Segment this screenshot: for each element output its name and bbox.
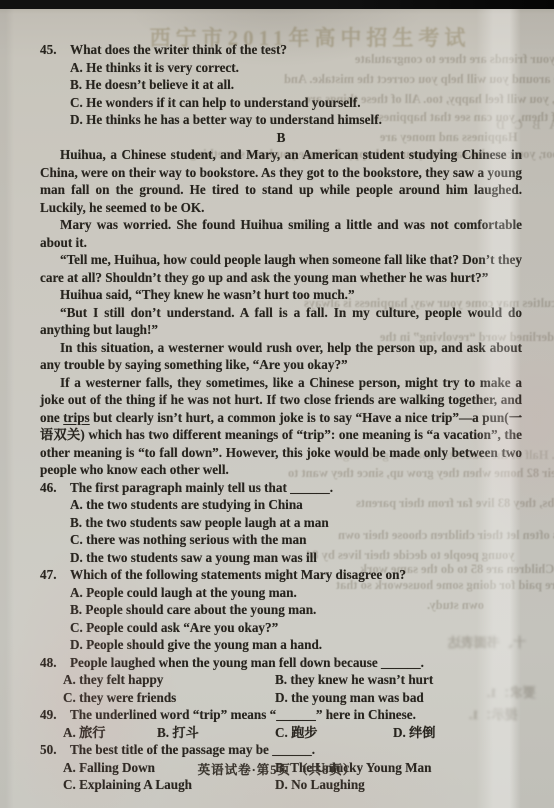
passage-paragraph: If a westerner falls, they sometimes, li… <box>40 374 522 479</box>
question-text: The first paragraph mainly tell us that … <box>70 479 522 497</box>
page-footer: 英语试卷·第5页 （共8页） <box>0 760 554 778</box>
passage-paragraph: Huihua said, “They knew he wasn’t hurt t… <box>40 286 522 304</box>
passage-text: but clearly isn’t hurt, a common joke is… <box>40 410 522 478</box>
option-d: D. the young man was bad <box>275 689 522 707</box>
question-47: 47. Which of the following statements mi… <box>40 566 522 654</box>
question-number: 50. <box>40 741 70 759</box>
option-c: C. He wonders if it can help to understa… <box>70 94 522 112</box>
question-49: 49. The underlined word “trip” means “__… <box>40 706 522 741</box>
option-d: D. the two students saw a young man was … <box>70 549 522 567</box>
option-d: D. People should give the young man a ha… <box>70 636 522 654</box>
option-a: A. People could laugh at the young man. <box>70 584 522 602</box>
option-c: C. there was nothing serious with the ma… <box>70 531 522 549</box>
question-46: 46. The first paragraph mainly tell us t… <box>40 479 522 567</box>
option-c: C. 跑步 <box>275 724 393 742</box>
question-text: What does the writer think of the test? <box>70 41 522 59</box>
question-text: The underlined word “trip” means “______… <box>70 706 522 724</box>
passage-paragraph: “But I still don’t understand. A fall is… <box>40 304 522 339</box>
passage-paragraph: In this situation, a westerner would rus… <box>40 339 522 374</box>
passage-paragraph: Huihua, a Chinese student, and Mary, an … <box>40 146 522 216</box>
option-b: B. the two students saw people laugh at … <box>70 514 522 532</box>
question-number: 46. <box>40 479 70 497</box>
question-number: 47. <box>40 566 70 584</box>
option-b: B. He doesn’t believe it at all. <box>70 76 522 94</box>
question-text: Which of the following statements might … <box>70 566 522 584</box>
option-c: C. Explaining A Laugh <box>63 776 275 794</box>
option-a: A. the two students are studying in Chin… <box>70 496 522 514</box>
question-number: 48. <box>40 654 70 672</box>
option-a: A. 旅行 <box>63 724 157 742</box>
question-number: 49. <box>40 706 70 724</box>
option-d: D. He thinks he has a better way to unde… <box>70 111 522 129</box>
question-number: 45. <box>40 41 70 59</box>
section-b-label: B <box>40 129 522 147</box>
question-45: 45. What does the writer think of the te… <box>40 41 522 129</box>
question-48: 48. People laughed when the young man fe… <box>40 654 522 707</box>
passage-paragraph: Mary was worried. She found Huihua smili… <box>40 216 522 251</box>
option-d: D. No Laughing <box>275 776 522 794</box>
scan-edge <box>0 0 554 9</box>
passage-paragraph: “Tell me, Huihua, how could people laugh… <box>40 251 522 286</box>
option-c: C. they were friends <box>63 689 275 707</box>
question-text: People laughed when the young man fell d… <box>70 654 522 672</box>
option-b: B. they knew he wasn’t hurt <box>275 671 522 689</box>
question-text: The best title of the passage may be ___… <box>70 741 522 759</box>
scanned-exam-page: successful, your friends are there to co… <box>0 0 554 808</box>
exam-content: 45. What does the writer think of the te… <box>40 41 522 794</box>
underlined-word-trips: trips <box>63 410 89 425</box>
option-c: C. People could ask “Are you okay?” <box>70 619 522 637</box>
option-b: B. People should care about the young ma… <box>70 601 522 619</box>
option-a: A. they felt happy <box>63 671 275 689</box>
option-d: D. 绊倒 <box>393 724 522 742</box>
option-b: B. 打斗 <box>157 724 275 742</box>
option-a: A. He thinks it is very correct. <box>70 59 522 77</box>
